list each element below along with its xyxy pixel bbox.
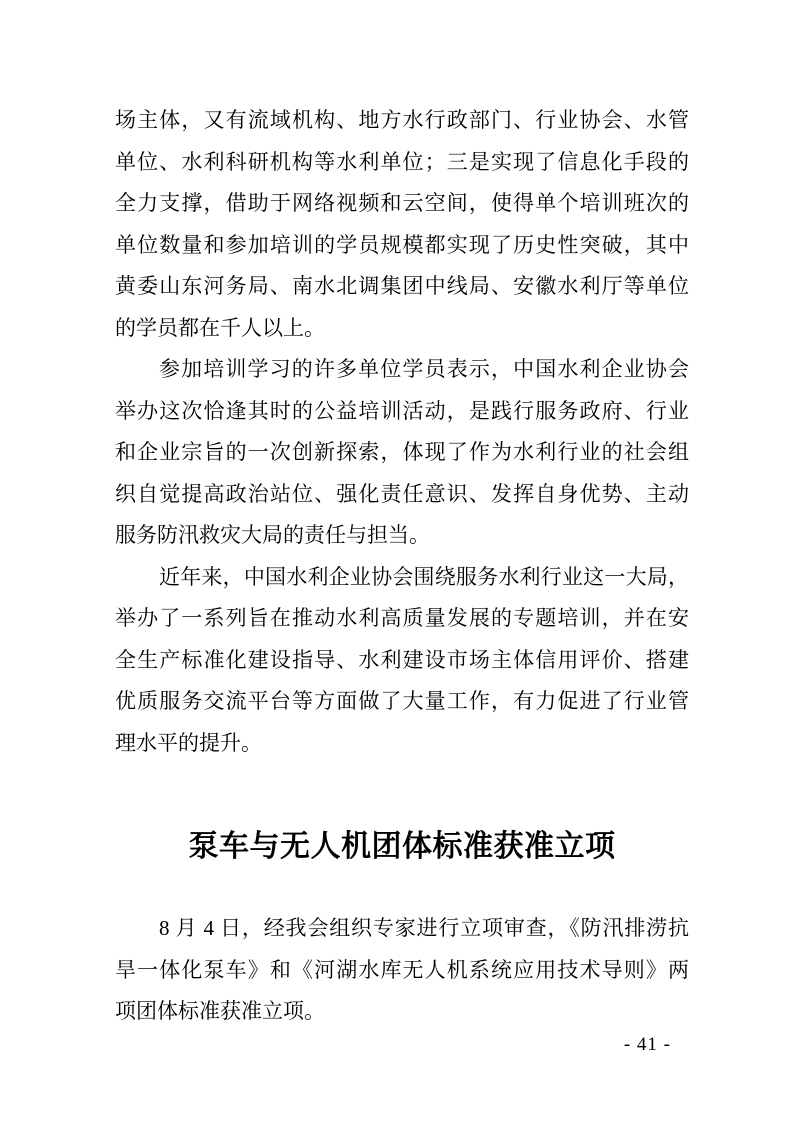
text-line: 8 月 4 日，经我会组织专家进行立项审查，《防汛排涝抗 <box>115 908 689 950</box>
section-heading: 泵车与无人机团体标准获准立项 <box>115 824 689 870</box>
paragraph: 场主体，又有流域机构、地方水行政部门、行业协会、水管 单位、水利科研机构等水利单… <box>115 100 689 349</box>
text-line: 全力支撑，借助于网络视频和云空间，使得单个培训班次的 <box>115 183 689 225</box>
page-number: - 41 - <box>624 1034 671 1056</box>
text-line: 的学员都在千人以上。 <box>115 308 689 350</box>
text-line: 织自觉提高政治站位、强化责任意识、发挥自身优势、主动 <box>115 474 689 516</box>
text-line: 理水平的提升。 <box>115 723 689 765</box>
text-line: 举办这次恰逢其时的公益培训活动，是践行服务政府、行业 <box>115 391 689 433</box>
paragraph: 参加培训学习的许多单位学员表示，中国水利企业协会 举办这次恰逢其时的公益培训活动… <box>115 349 689 557</box>
text-line: 单位、水利科研机构等水利单位；三是实现了信息化手段的 <box>115 142 689 184</box>
text-line: 服务防汛救灾大局的责任与担当。 <box>115 515 689 557</box>
text-line: 举办了一系列旨在推动水利高质量发展的专题培训，并在安 <box>115 598 689 640</box>
text-line: 黄委山东河务局、南水北调集团中线局、安徽水利厅等单位 <box>115 266 689 308</box>
paragraph: 近年来，中国水利企业协会围绕服务水利行业这一大局， 举办了一系列旨在推动水利高质… <box>115 557 689 765</box>
text-line: 场主体，又有流域机构、地方水行政部门、行业协会、水管 <box>115 100 689 142</box>
document-page: 场主体，又有流域机构、地方水行政部门、行业协会、水管 单位、水利科研机构等水利单… <box>0 0 800 1131</box>
document-body: 场主体，又有流域机构、地方水行政部门、行业协会、水管 单位、水利科研机构等水利单… <box>115 100 689 1033</box>
text-line: 全生产标准化建设指导、水利建设市场主体信用评价、搭建 <box>115 640 689 682</box>
text-line: 优质服务交流平台等方面做了大量工作，有力促进了行业管 <box>115 681 689 723</box>
paragraph: 8 月 4 日，经我会组织专家进行立项审查，《防汛排涝抗 旱一体化泵车》和《河湖… <box>115 908 689 1033</box>
text-line: 参加培训学习的许多单位学员表示，中国水利企业协会 <box>115 349 689 391</box>
text-line: 单位数量和参加培训的学员规模都实现了历史性突破，其中 <box>115 225 689 267</box>
text-line: 旱一体化泵车》和《河湖水库无人机系统应用技术导则》两 <box>115 950 689 992</box>
text-line: 近年来，中国水利企业协会围绕服务水利行业这一大局， <box>115 557 689 599</box>
text-line: 项团体标准获准立项。 <box>115 991 689 1033</box>
text-line: 和企业宗旨的一次创新探索，体现了作为水利行业的社会组 <box>115 432 689 474</box>
